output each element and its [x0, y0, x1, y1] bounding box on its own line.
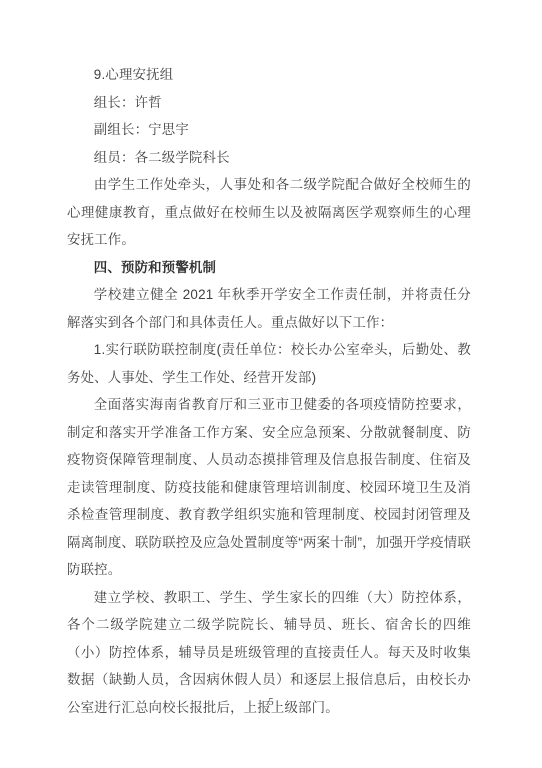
document-content: 9.心理安抚组 组长：许哲 副组长：宁思宇 组员：各二级学院科长 由学生工作处牵… [67, 61, 471, 721]
paragraph-epidemic-control-rules: 全面落实海南省教育厅和三亚市卫健委的各项疫情防控要求，制定和落实开学准备工作方案… [67, 391, 471, 584]
line-group-members: 组员：各二级学院科长 [67, 144, 471, 172]
section-heading-prevention-warning: 四、预防和预警机制 [67, 254, 471, 282]
numbered-item-joint-control-system: 1.实行联防联控制度(责任单位：校长办公室牵头，后勤处、教务处、人事处、学生工作… [67, 336, 471, 391]
numbered-item-psych-comfort-group: 9.心理安抚组 [67, 61, 471, 89]
line-group-leader: 组长：许哲 [67, 89, 471, 117]
paragraph-psych-education-duty: 由学生工作处牵头，人事处和各二级学院配合做好全校师生的心理健康教育，重点做好在校… [67, 171, 471, 254]
document-page: 9.心理安抚组 组长：许哲 副组长：宁思宇 组员：各二级学院科长 由学生工作处牵… [0, 0, 542, 768]
paragraph-responsibility-system: 学校建立健全 2021 年秋季开学安全工作责任制，并将责任分解落实到各个部门和具… [67, 281, 471, 336]
page-number: 5 [0, 697, 542, 708]
line-deputy-group-leader: 副组长：宁思宇 [67, 116, 471, 144]
